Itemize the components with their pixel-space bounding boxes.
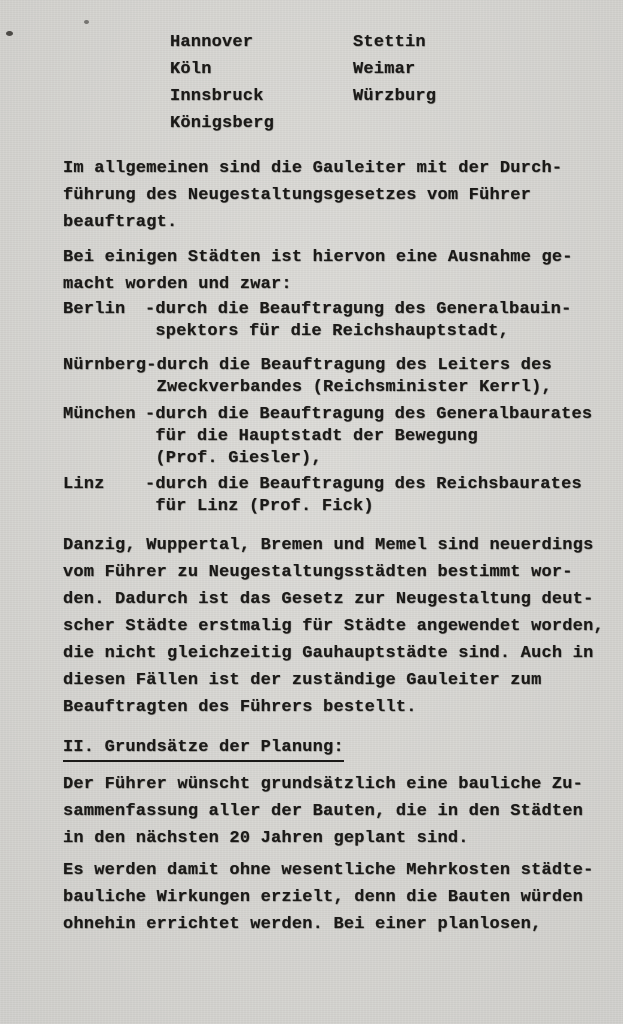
exception-definition: -durch die Beauftragung des Reichsbaurat…: [145, 474, 582, 518]
city-item: Hannover: [170, 29, 274, 56]
exception-city-label: Berlin: [63, 299, 145, 343]
exception-entry-linz: Linz -durch die Beauftragung des Reichsb…: [63, 474, 623, 518]
exception-definition: -durch die Beauftragung des Generalbauin…: [145, 299, 571, 343]
paragraph-gauleiter-beauftragt: Im allgemeinen sind die Gauleiter mit de…: [63, 155, 623, 236]
exception-definition: -durch die Beauftragung des Leiters des …: [146, 355, 552, 399]
section-heading-text: II. Grundsätze der Planung:: [63, 737, 344, 762]
exception-city-label: Linz: [63, 474, 145, 518]
exception-entry-berlin: Berlin -durch die Beauftragung des Gener…: [63, 299, 623, 343]
scanned-document-page: Hannover Köln Innsbruck Königsberg Stett…: [0, 0, 623, 1024]
exception-entry-muenchen: München -durch die Beauftragung des Gene…: [63, 404, 623, 470]
paragraph-neugestaltungsstaedte: Danzig, Wuppertal, Bremen und Memel sind…: [63, 532, 623, 721]
city-item: Würzburg: [353, 83, 436, 110]
city-item: Stettin: [353, 29, 436, 56]
city-item: Köln: [170, 56, 274, 83]
section-heading-grundsaetze: II. Grundsätze der Planung:: [63, 737, 344, 762]
paragraph-ausnahme-intro: Bei einigen Städten ist hiervon eine Aus…: [63, 244, 623, 298]
city-item: Königsberg: [170, 110, 274, 137]
exception-definition: -durch die Beauftragung des Generalbaura…: [145, 404, 592, 470]
city-item: Innsbruck: [170, 83, 274, 110]
paragraph-mehrkosten: Es werden damit ohne wesentliche Mehrkos…: [63, 857, 623, 938]
paper-speck: [6, 31, 13, 36]
exception-entry-nuernberg: Nürnberg -durch die Beauftragung des Lei…: [63, 355, 623, 399]
paragraph-bauliche-zusammenfassung: Der Führer wünscht grundsätzlich eine ba…: [63, 771, 623, 852]
city-list-right-column: Stettin Weimar Würzburg: [353, 29, 436, 110]
city-item: Weimar: [353, 56, 436, 83]
city-list-left-column: Hannover Köln Innsbruck Königsberg: [170, 29, 274, 137]
exception-city-label: München: [63, 404, 145, 470]
exception-city-label: Nürnberg: [63, 355, 146, 399]
paper-speck: [84, 20, 89, 24]
